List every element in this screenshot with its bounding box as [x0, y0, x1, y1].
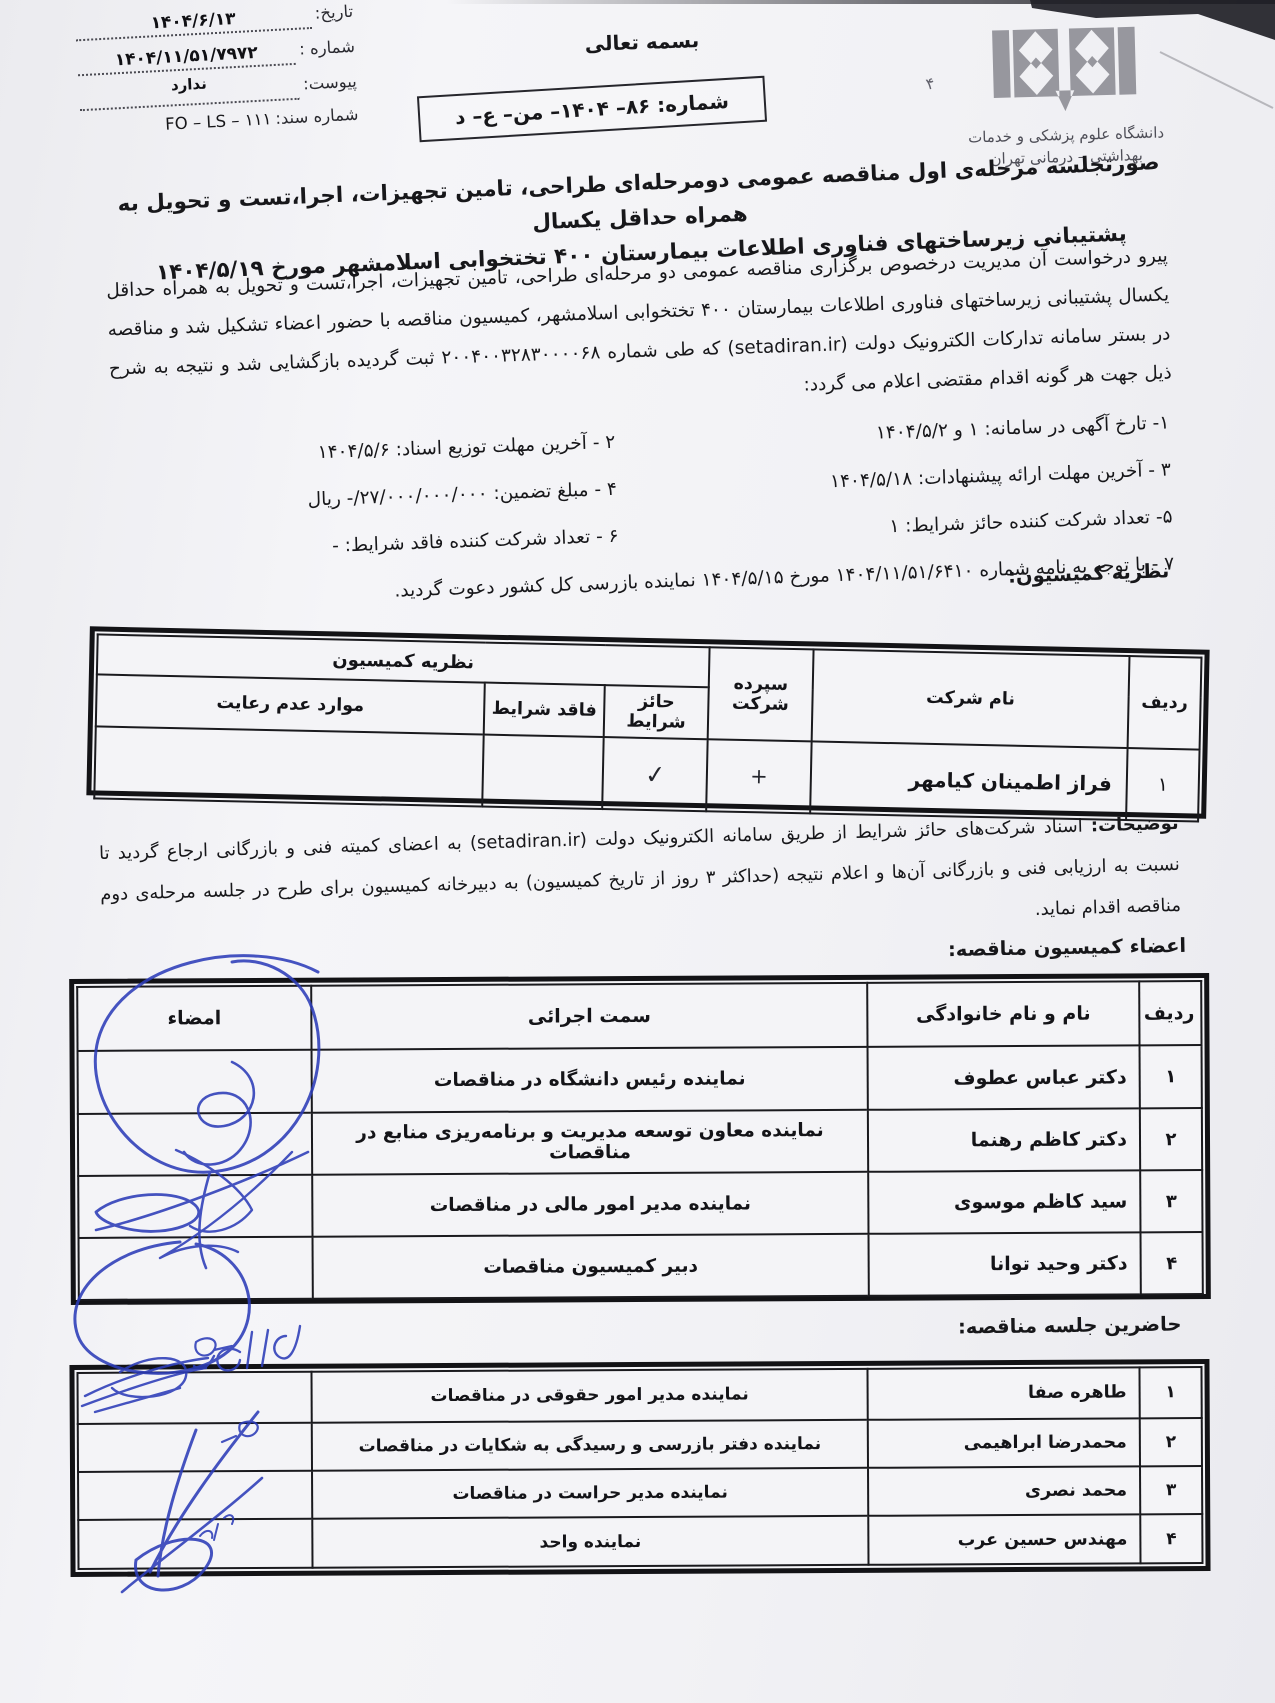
doc-code-label: شماره سند: [275, 100, 360, 134]
attendees-heading: حاضرین جلسه مناقصه: [958, 1312, 1182, 1338]
member-name: دکتر کاظم رهنما [868, 1108, 1140, 1171]
member-number: ۱ [1140, 1045, 1202, 1108]
table-row: ۳ سید کاظم موسوی نماینده مدیر امور مالی … [78, 1170, 1202, 1238]
qualified-checkmark: ✓ [643, 759, 666, 790]
attendee-name: محمد نصری [868, 1466, 1140, 1516]
members-col-name: نام و نام خانوادگی [867, 981, 1139, 1046]
member-name: دکتر وحید توانا [868, 1232, 1140, 1295]
attendee-signature-cell [78, 1519, 312, 1569]
table-row: ۱ طاهره صفا نماینده مدیر امور حقوقی در م… [77, 1367, 1201, 1423]
date-value: ۱۴۰۴/۶/۱۳ [150, 9, 236, 33]
col-header-qualified: حائز شرایط [604, 685, 709, 739]
members-col-row: ردیف [1139, 981, 1201, 1045]
scanned-document-page: تاریخ: ۱۴۰۴/۶/۱۳ شماره : ۱۴۰۴/۱۱/۵۱/۷۹۷۲… [0, 0, 1275, 1703]
attendee-role: نماینده دفتر بازرسی و رسیدگی به شکایات د… [312, 1419, 868, 1470]
members-col-signature: امضاء [77, 986, 311, 1051]
member-role: نماینده رئیس دانشگاه در مناقصات [312, 1047, 868, 1113]
disqualified-cell [482, 735, 603, 809]
stationery-block: تاریخ: ۱۴۰۴/۶/۱۳ شماره : ۱۴۰۴/۱۱/۵۱/۷۹۷۲… [75, 0, 360, 147]
member-number: ۳ [1140, 1170, 1202, 1232]
noncompliance-cell [94, 726, 483, 806]
attendee-signature-cell [78, 1422, 312, 1472]
table-row: ۲ دکتر کاظم رهنما نماینده معاون توسعه مد… [78, 1108, 1202, 1176]
attachment-label: پیوست: [302, 67, 357, 100]
table-row: ۴ دکتر وحید توانا دبیر کمیسیون مناقصات [79, 1232, 1203, 1300]
besmele-text: بسمه تعالی [552, 27, 733, 57]
member-name: دکتر عباس عطوف [868, 1045, 1140, 1109]
tender-facts-list: ۱- تارخ آگهی در سامانه: ۱ و ۱۴۰۴/۵/۲ ۲ -… [103, 399, 1175, 624]
number-value: ۱۴۰۴/۱۱/۵۱/۷۹۷۲ [114, 43, 258, 70]
member-role: نماینده معاون توسعه مدیریت و برنامه‌ریزی… [312, 1110, 868, 1175]
attachment-value: ندارد [170, 69, 207, 101]
attendee-number: ۱ [1139, 1367, 1201, 1418]
member-signature-cell [78, 1113, 312, 1176]
opinion-table: ردیف نام شرکت سپرده شرکت نظریه کمیسیون ح… [86, 626, 1209, 818]
col-header-noncompliance: موارد عدم رعایت [96, 674, 485, 734]
col-header-disqualified: فاقد شرایط [484, 683, 605, 738]
member-signature-cell [79, 1237, 313, 1300]
table-row: ۳ محمد نصری نماینده مدیر حراست در مناقصا… [78, 1466, 1202, 1520]
members-heading: اعضاء کمیسیون مناقصه: [948, 934, 1186, 961]
members-table: ردیف نام و نام خانوادگی سمت اجرائی امضاء… [69, 973, 1211, 1305]
member-role: دبیر کمیسیون مناقصات [313, 1234, 869, 1299]
date-label: تاریخ: [314, 0, 354, 29]
member-number: ۲ [1140, 1108, 1202, 1170]
attendee-name: طاهره صفا [867, 1367, 1139, 1419]
attendee-signature-cell [78, 1471, 312, 1521]
attendee-number: ۲ [1140, 1418, 1202, 1467]
col-header-company: نام شرکت [812, 649, 1130, 748]
attendee-role: نماینده مدیر امور حقوقی در مناقصات [311, 1369, 867, 1422]
number-label: شماره : [298, 32, 355, 65]
member-name: سید کاظم موسوی [868, 1170, 1140, 1233]
attendee-role: نماینده واحد [312, 1516, 868, 1567]
table-row: ۴ مهندس حسین عرب نماینده واحد [78, 1515, 1202, 1569]
attendees-table: ۱ طاهره صفا نماینده مدیر امور حقوقی در م… [69, 1359, 1210, 1577]
members-col-role: سمت اجرائی [311, 983, 867, 1050]
member-number: ۴ [1140, 1232, 1202, 1294]
attendee-name: محمدرضا ابراهیمی [868, 1418, 1140, 1468]
member-role: نماینده مدیر امور مالی در مناقصات [312, 1172, 868, 1237]
notes-paragraph: توضیحات: اسناد شرکت‌های حائز شرایط از طر… [98, 803, 1181, 956]
attendee-name: مهندس حسین عرب [868, 1515, 1140, 1565]
notes-label: توضیحات: [1091, 813, 1179, 836]
member-signature-cell [78, 1050, 312, 1114]
attendee-number: ۴ [1140, 1515, 1202, 1564]
col-header-row-number: ردیف [1128, 656, 1202, 749]
university-logo-icon [988, 18, 1140, 118]
attendee-role: نماینده مدیر حراست در مناقصات [312, 1468, 868, 1519]
table-row: ۲ محمدرضا ابراهیمی نماینده دفتر بازرسی و… [78, 1418, 1202, 1472]
col-header-deposit: سپرده شرکت [708, 647, 814, 741]
member-signature-cell [78, 1175, 312, 1238]
attendee-number: ۳ [1140, 1466, 1202, 1515]
doc-code-value: FO – LS – ۱۱۱ [164, 104, 272, 140]
notes-text: اسناد شرکت‌های حائز شرایط از طریق سامانه… [99, 816, 1181, 920]
letter-number-box: شماره: ۸۶– ۱۴۰۴– من– ع– د [417, 76, 767, 143]
deposit-mark: + [750, 764, 768, 788]
handwritten-mark: ۴ [924, 73, 937, 94]
attendee-signature-cell [77, 1372, 311, 1424]
table-row: ۱ دکتر عباس عطوف نماینده رئیس دانشگاه در… [78, 1045, 1202, 1114]
